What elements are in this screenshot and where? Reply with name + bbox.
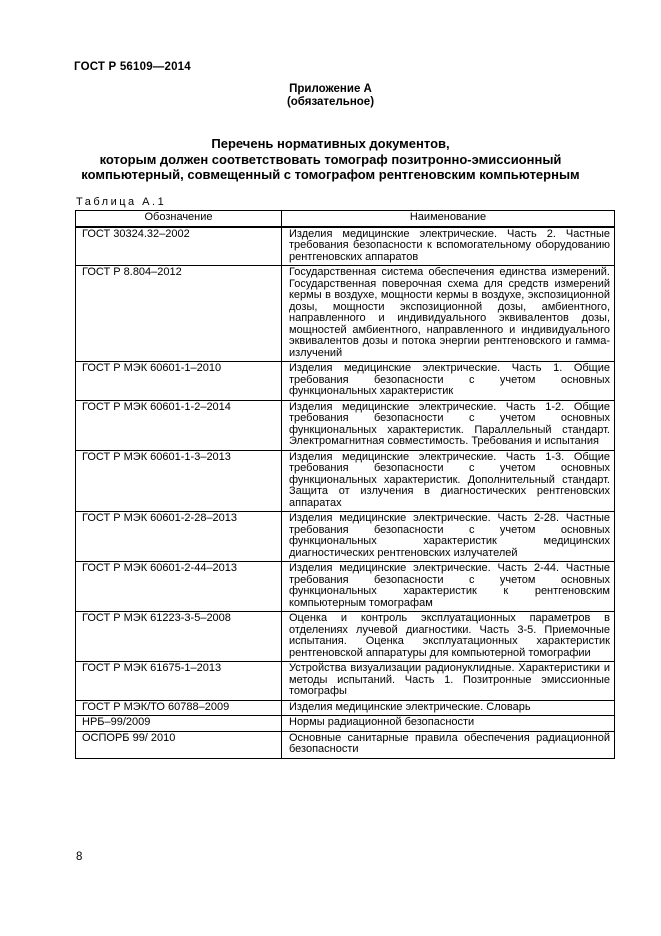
table-row: ГОСТ 30324.32–2002 Изделия медицинские э…	[76, 227, 615, 266]
table-row: НРБ–99/2009 Нормы радиационной безопасно…	[76, 716, 615, 732]
normative-documents-table: Обозначение Наименование ГОСТ 30324.32–2…	[75, 210, 615, 759]
designation-cell: ГОСТ Р МЭК 60601-1-2–2014	[76, 400, 282, 450]
designation-cell: ГОСТ Р МЭК 60601-2-28–2013	[76, 512, 282, 562]
table-row: ГОСТ Р МЭК 60601-1–2010 Изделия медицинс…	[76, 362, 615, 401]
page-title-line-3: компьютерный, совмещенный с томографом р…	[0, 167, 661, 183]
name-cell: Изделия медицинские электрические. Часть…	[282, 227, 615, 266]
name-cell: Основные санитарные правила обеспечения …	[282, 731, 615, 758]
name-cell: Нормы радиационной безопасности	[282, 716, 615, 732]
page-title: Перечень нормативных документов, которым…	[0, 136, 661, 183]
designation-cell: ГОСТ Р МЭК 60601-1-3–2013	[76, 450, 282, 512]
designation-cell: ГОСТ Р МЭК 61223-3-5–2008	[76, 612, 282, 662]
document-page: ГОСТ Р 56109—2014 Приложение А (обязател…	[0, 0, 661, 936]
table-row: ГОСТ Р МЭК 60601-2-28–2013 Изделия медиц…	[76, 512, 615, 562]
table-header-row: Обозначение Наименование	[76, 211, 615, 227]
designation-cell: ГОСТ Р МЭК 60601-1–2010	[76, 362, 282, 401]
appendix-heading: Приложение А (обязательное)	[0, 83, 661, 109]
name-cell: Устройства визуализации радионуклидные. …	[282, 662, 615, 701]
name-cell: Изделия медицинские электрические. Слова…	[282, 700, 615, 716]
table-row: ГОСТ Р МЭК 60601-1-3–2013 Изделия медици…	[76, 450, 615, 512]
name-cell: Оценка и контроль эксплуатационных парам…	[282, 612, 615, 662]
designation-cell: ОСПОРБ 99/ 2010	[76, 731, 282, 758]
name-cell: Изделия медицинские электрические. Часть…	[282, 562, 615, 612]
page-title-line-1: Перечень нормативных документов,	[0, 136, 661, 152]
name-cell: Изделия медицинские электрические. Часть…	[282, 362, 615, 401]
designation-cell: НРБ–99/2009	[76, 716, 282, 732]
appendix-subtitle: (обязательное)	[0, 96, 661, 109]
column-header-name: Наименование	[282, 211, 615, 227]
page-number: 8	[76, 851, 82, 863]
appendix-title: Приложение А	[0, 83, 661, 96]
table-row: ОСПОРБ 99/ 2010 Основные санитарные прав…	[76, 731, 615, 758]
designation-cell: ГОСТ Р 8.804–2012	[76, 266, 282, 362]
name-cell: Государственная система обеспечения един…	[282, 266, 615, 362]
table-row: ГОСТ Р МЭК 60601-2-44–2013 Изделия медиц…	[76, 562, 615, 612]
page-title-line-2: которым должен соответствовать томограф …	[0, 152, 661, 168]
designation-cell: ГОСТ Р МЭК 61675-1–2013	[76, 662, 282, 701]
designation-cell: ГОСТ Р МЭК/ТО 60788–2009	[76, 700, 282, 716]
name-cell: Изделия медицинские электрические. Часть…	[282, 450, 615, 512]
designation-cell: ГОСТ 30324.32–2002	[76, 227, 282, 266]
table-label: Таблица А.1	[76, 196, 166, 208]
designation-cell: ГОСТ Р МЭК 60601-2-44–2013	[76, 562, 282, 612]
name-cell: Изделия медицинские электрические. Часть…	[282, 512, 615, 562]
table-row: ГОСТ Р МЭК 60601-1-2–2014 Изделия медици…	[76, 400, 615, 450]
name-cell: Изделия медицинские электрические. Часть…	[282, 400, 615, 450]
table-row: ГОСТ Р МЭК/ТО 60788–2009 Изделия медицин…	[76, 700, 615, 716]
column-header-designation: Обозначение	[76, 211, 282, 227]
doc-code: ГОСТ Р 56109—2014	[74, 61, 191, 73]
table-row: ГОСТ Р 8.804–2012 Государственная систем…	[76, 266, 615, 362]
table-row: ГОСТ Р МЭК 61675-1–2013 Устройства визуа…	[76, 662, 615, 701]
table-row: ГОСТ Р МЭК 61223-3-5–2008 Оценка и контр…	[76, 612, 615, 662]
